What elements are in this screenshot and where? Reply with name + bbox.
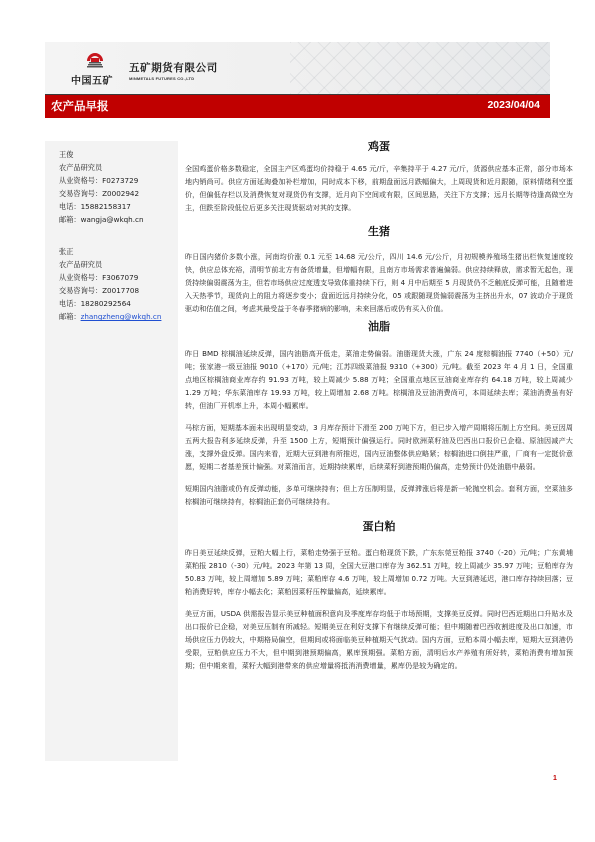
analyst-qualification: 从业资格号：F3067079 [59,271,161,284]
section-title-oils: 油脂 [185,316,573,338]
paragraph: 马棕方面，短期基本面未出现明显变动，3 月库存预计下滑至 200 万吨下方，但已… [185,421,573,473]
company-name-en: MINMETALS FUTURES CO.,LTD [129,76,218,81]
analyst-phone: 电话：15882158317 [59,200,144,213]
analyst-sidebar: 王俊 农产品研究员 从业资格号：F0273729 交易咨询号：Z0002942 … [45,141,178,761]
paragraph: 全国鸡蛋价格多数稳定，全国主产区鸡蛋均价持稳于 4.65 元/斤，辛集持平于 4… [185,162,573,214]
company-name-block: 五矿期货有限公司 MINMETALS FUTURES CO.,LTD [129,60,218,81]
section-title-eggs: 鸡蛋 [185,136,573,158]
section-title-protein-meal: 蛋白粕 [185,516,573,538]
header-decorative-grid [290,42,550,94]
analyst-consult-number: 交易咨询号：Z0002942 [59,187,144,200]
analyst-qualification: 从业资格号：F0273729 [59,174,144,187]
analyst-email-link[interactable]: zhangzheng@wkqh.cn [81,312,162,321]
header-banner: 中国五矿 五矿期货有限公司 MINMETALS FUTURES CO.,LTD [45,42,550,94]
paragraph: 美豆方面，USDA 供需报告显示美豆种植面积意向及季度库存均低于市场预期，支撑美… [185,607,573,672]
company-logo: 中国五矿 [71,49,119,91]
paragraph: 昨日国内猪价多数小涨，河南均价涨 0.1 元至 14.68 元/公斤，四川 14… [185,250,573,315]
report-title-bar: 农产品早报 2023/04/04 [45,94,550,118]
logo-text: 中国五矿 [71,72,119,87]
analyst-card: 王俊 农产品研究员 从业资格号：F0273729 交易咨询号：Z0002942 … [59,148,144,226]
paragraph: 昨日美豆延续反弹，豆粕大幅上行，菜粕走势强于豆粕。蛋白粕现货下跌，广东东莞豆粕报… [185,546,573,598]
email-label: 邮箱： [59,215,81,224]
report-date: 2023/04/04 [487,99,540,111]
analyst-email: wangja@wkqh.cn [81,215,144,224]
paragraph: 昨日 BMD 棕榈油延续反弹，国内油脂高开低走，菜油走势偏弱。油脂现货大涨，广东… [185,347,573,412]
analyst-name: 张正 [59,245,161,258]
analyst-consult-number: 交易咨询号：Z0017708 [59,284,161,297]
email-label: 邮箱： [59,312,81,321]
analyst-email-row: 邮箱：wangja@wkqh.cn [59,213,144,226]
analyst-name: 王俊 [59,148,144,161]
analyst-card: 张正 农产品研究员 从业资格号：F3067079 交易咨询号：Z0017708 … [59,245,161,323]
analyst-role: 农产品研究员 [59,161,144,174]
paragraph: 短期国内油脂或仍有反弹动能，多单可继续持有；但上方压制明显，反弹滞涨后将是新一轮… [185,482,573,508]
analyst-email-row: 邮箱：zhangzheng@wkqh.cn [59,310,161,323]
page-number: 1 [553,775,557,782]
company-name-cn: 五矿期货有限公司 [129,60,218,75]
report-body: 鸡蛋 全国鸡蛋价格多数稳定，全国主产区鸡蛋均价持稳于 4.65 元/斤，辛集持平… [185,150,573,672]
section-title-hogs: 生猪 [185,221,573,243]
report-title: 农产品早报 [51,98,109,114]
analyst-phone: 电话：18280292564 [59,297,161,310]
minmetals-emblem-icon [85,49,105,69]
analyst-role: 农产品研究员 [59,258,161,271]
